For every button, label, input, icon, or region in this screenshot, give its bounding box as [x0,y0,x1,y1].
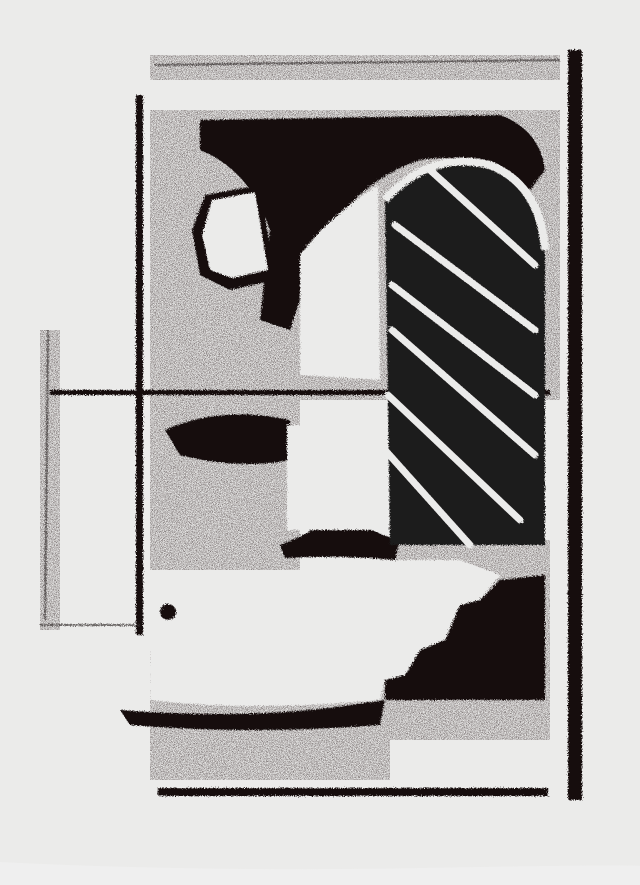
arched-door [385,162,545,545]
doorway-lower [287,425,385,530]
ink-print-artwork [0,0,640,885]
